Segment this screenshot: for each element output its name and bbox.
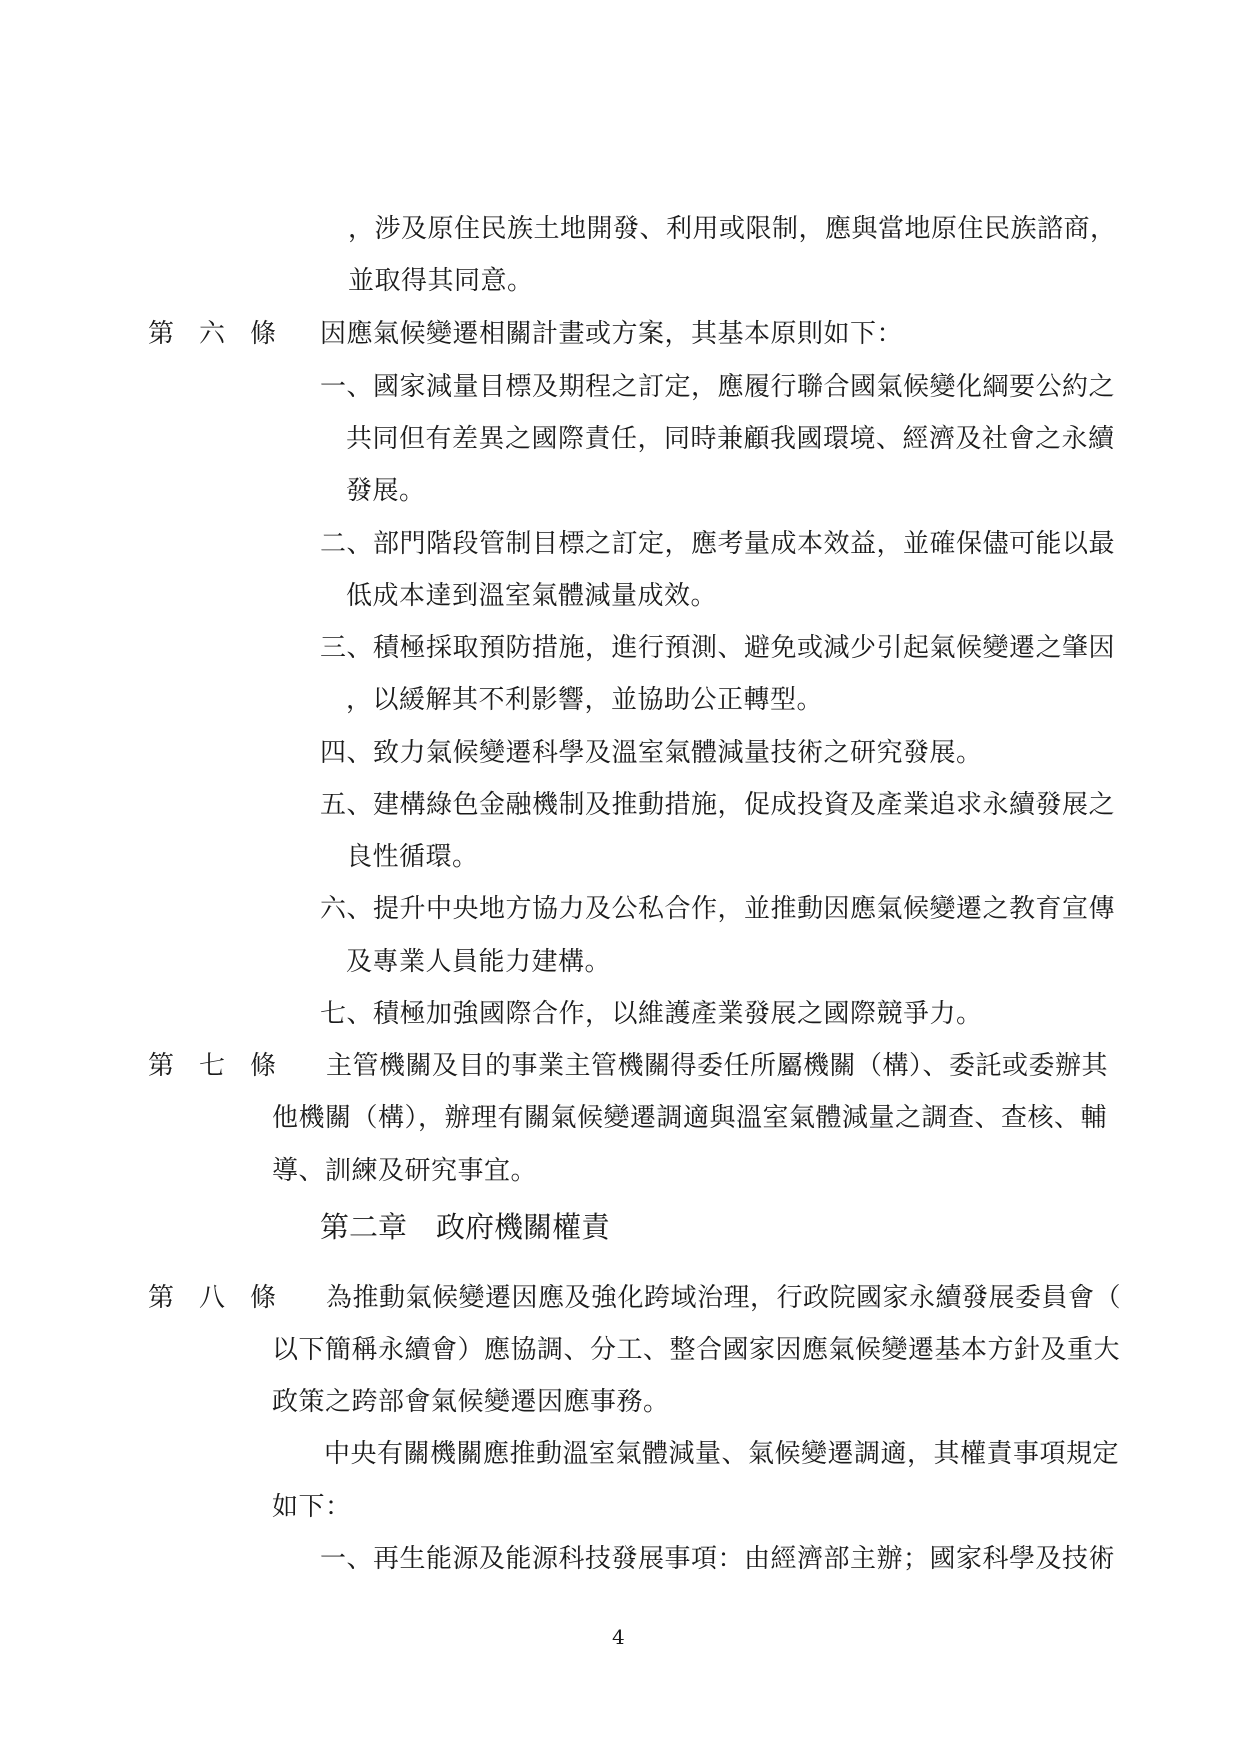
article-8-item-1: 一、再生能源及能源科技發展事項：由經濟部主辦；國家科學及技術 [320, 1543, 1115, 1575]
label-char: 七 [199, 1050, 250, 1082]
article-8-line-1: 為推動氣候變遷因應及強化跨域治理，行政院國家永續發展委員會（ [326, 1282, 1121, 1314]
article-6-item-1-line-3: 發展。 [346, 475, 426, 507]
article-6-item-5-line-1: 五、建構綠色金融機制及推動措施，促成投資及產業追求永續發展之 [320, 789, 1115, 821]
article-6-item-6-line-2: 及專業人員能力建構。 [346, 946, 611, 978]
label-char: 八 [199, 1282, 250, 1314]
article-8-para2-line-2: 如下： [272, 1491, 352, 1523]
chapter-heading: 第二章 政府機關權責 [320, 1210, 610, 1244]
article-6-item-3-line-1: 三、積極採取預防措施，進行預測、避免或減少引起氣候變遷之肇因 [320, 632, 1115, 664]
article-6-item-1-line-2: 共同但有差異之國際責任，同時兼顧我國環境、經濟及社會之永續 [346, 423, 1115, 455]
label-char: 條 [250, 1050, 301, 1082]
article-7-line-1: 主管機關及目的事業主管機關得委任所屬機關（構）、委託或委辦其 [326, 1050, 1108, 1082]
article-6-item-2-line-1: 二、部門階段管制目標之訂定，應考量成本效益，並確保儘可能以最 [320, 528, 1115, 560]
article-8-line-2: 以下簡稱永續會）應協調、分工、整合國家因應氣候變遷基本方針及重大 [272, 1334, 1120, 1366]
article-6-label: 第六條 [148, 318, 301, 350]
label-char: 第 [148, 1282, 199, 1314]
article-6-item-2-line-2: 低成本達到溫室氣體減量成效。 [346, 580, 717, 612]
article-6-item-3-line-2: ，以緩解其不利影響，並協助公正轉型。 [346, 684, 823, 716]
continuation-line-1: ，涉及原住民族土地開發、利用或限制，應與當地原住民族諮商， [348, 213, 1117, 245]
article-8-para2-line-1: 中央有關機關應推動溫室氣體減量、氣候變遷調適，其權責事項規定 [324, 1438, 1119, 1470]
article-6-item-6-line-1: 六、提升中央地方協力及公私合作，並推動因應氣候變遷之教育宣傳 [320, 893, 1115, 925]
article-6-item-4-line-1: 四、致力氣候變遷科學及溫室氣體減量技術之研究發展。 [320, 737, 983, 769]
article-6-item-1-line-1: 一、國家減量目標及期程之訂定，應履行聯合國氣候變化綱要公約之 [320, 371, 1115, 403]
label-char: 第 [148, 1050, 199, 1082]
article-6-intro: 因應氣候變遷相關計畫或方案，其基本原則如下： [320, 318, 903, 350]
article-6-item-5-line-2: 良性循環。 [346, 841, 479, 873]
article-7-label: 第七條 [148, 1050, 301, 1082]
continuation-line-2: 並取得其同意。 [348, 265, 534, 297]
article-8-line-3: 政策之跨部會氣候變遷因應事務。 [272, 1386, 670, 1418]
label-char: 六 [199, 318, 250, 350]
label-char: 條 [250, 1282, 301, 1314]
page-number: 4 [612, 1625, 625, 1649]
label-char: 第 [148, 318, 199, 350]
article-7-line-2: 他機關（構），辦理有關氣候變遷調適與溫室氣體減量之調查、查核、輔 [272, 1102, 1107, 1134]
article-8-label: 第八條 [148, 1282, 301, 1314]
label-char: 條 [250, 318, 301, 350]
article-7-line-3: 導、訓練及研究事宜。 [272, 1155, 537, 1187]
article-6-item-7-line-1: 七、積極加強國際合作，以維護產業發展之國際競爭力。 [320, 998, 983, 1030]
